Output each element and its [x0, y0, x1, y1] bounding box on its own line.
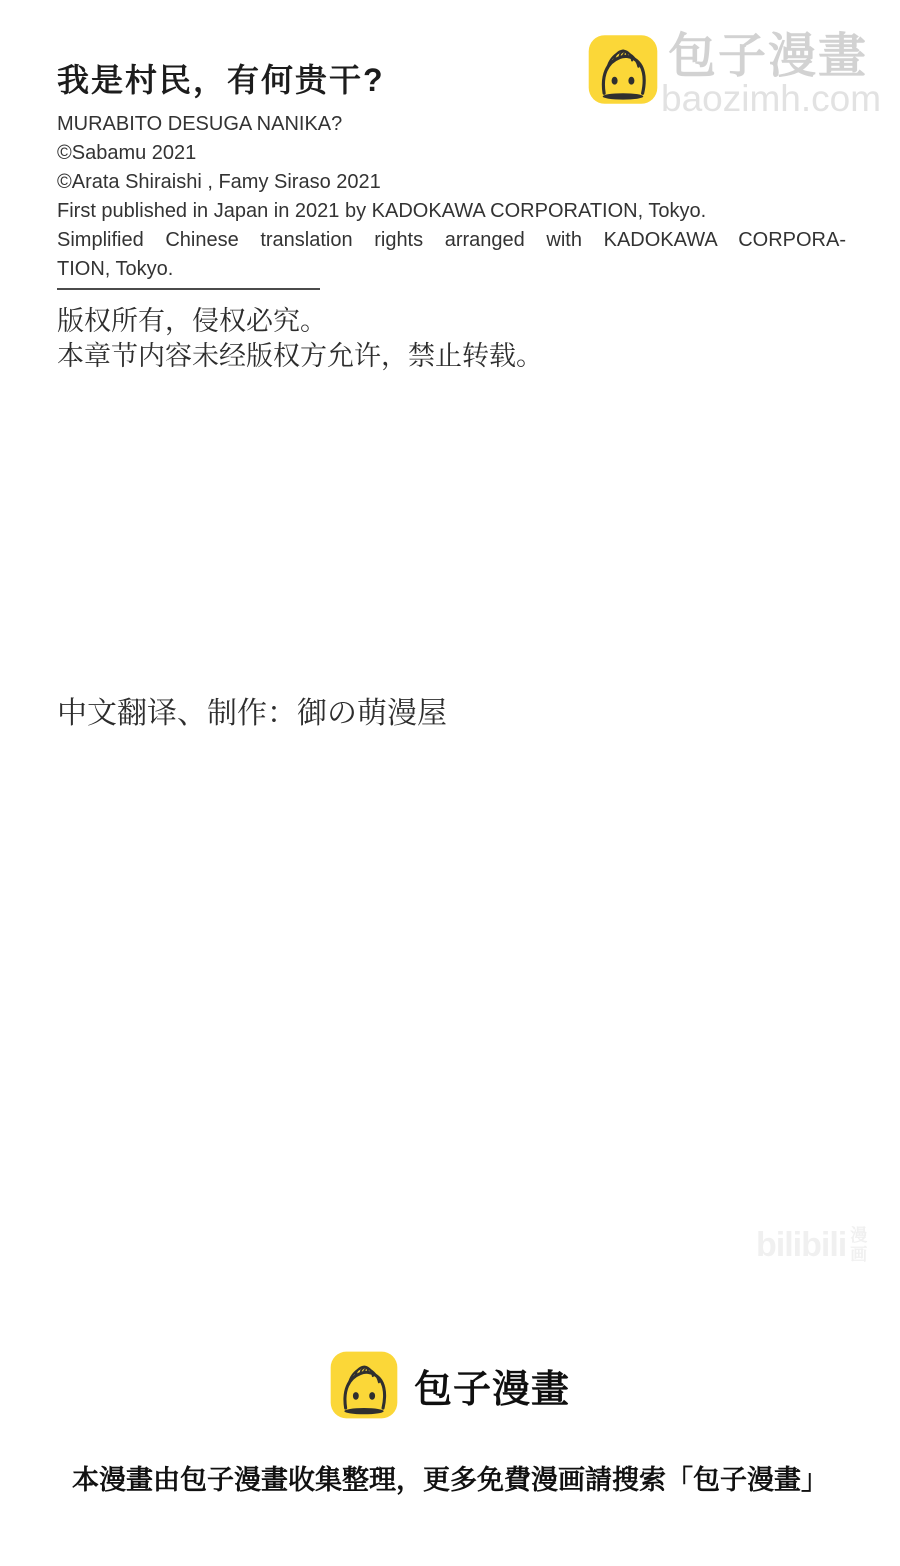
manga-title: 我是村民，有何贵干? — [57, 55, 385, 101]
divider-rule — [57, 288, 320, 290]
baozi-bun-logo-icon — [330, 1350, 398, 1420]
copyright-line: First published in Japan in 2021 by KADO… — [57, 197, 846, 226]
rights-notice-line: 版权所有，侵权必究。 — [57, 304, 543, 339]
bilibili-manhua-char-top: 漫 — [850, 1226, 867, 1245]
copyright-line: MURABITO DESUGA NANIKA? — [57, 110, 846, 139]
baozi-bun-logo-icon — [588, 33, 658, 106]
footer-brand-wordmark: 包子漫畫 — [414, 1358, 570, 1413]
footer-caption: 本漫畫由包子漫畫收集整理，更多免費漫画請搜索「包子漫畫」 — [0, 1458, 900, 1497]
copyright-line: ©Sabamu 2021 — [57, 139, 846, 168]
bilibili-manhua-char-bottom: 画 — [850, 1245, 867, 1264]
translation-credit: 中文翻译、制作：御の萌漫屋 — [57, 688, 447, 732]
footer-brand-lockup: 包子漫畫 — [0, 1350, 900, 1420]
copyright-line: ©Arata Shiraishi , Famy Siraso 2021 — [57, 168, 846, 197]
copyright-line: TION, Tokyo. — [57, 255, 846, 284]
bilibili-wordmark: bilibili — [756, 1222, 846, 1268]
bilibili-watermark: bilibili 漫 画 — [756, 1222, 867, 1268]
site-brand-watermark: 包子漫畫 — [668, 33, 868, 81]
copyright-line: Simplified Chinese translation rights ar… — [57, 226, 846, 255]
bilibili-manhua-label: 漫 画 — [850, 1226, 867, 1264]
copyright-block: MURABITO DESUGA NANIKA? ©Sabamu 2021 ©Ar… — [57, 110, 846, 284]
rights-notice-line: 本章节内容未经版权方允许，禁止转载。 — [57, 339, 543, 374]
manga-copyright-page: 包子漫畫 baozimh.com 我是村民，有何贵干? MURABITO DES… — [0, 0, 900, 1566]
rights-notice: 版权所有，侵权必究。 本章节内容未经版权方允许，禁止转载。 — [57, 304, 543, 374]
